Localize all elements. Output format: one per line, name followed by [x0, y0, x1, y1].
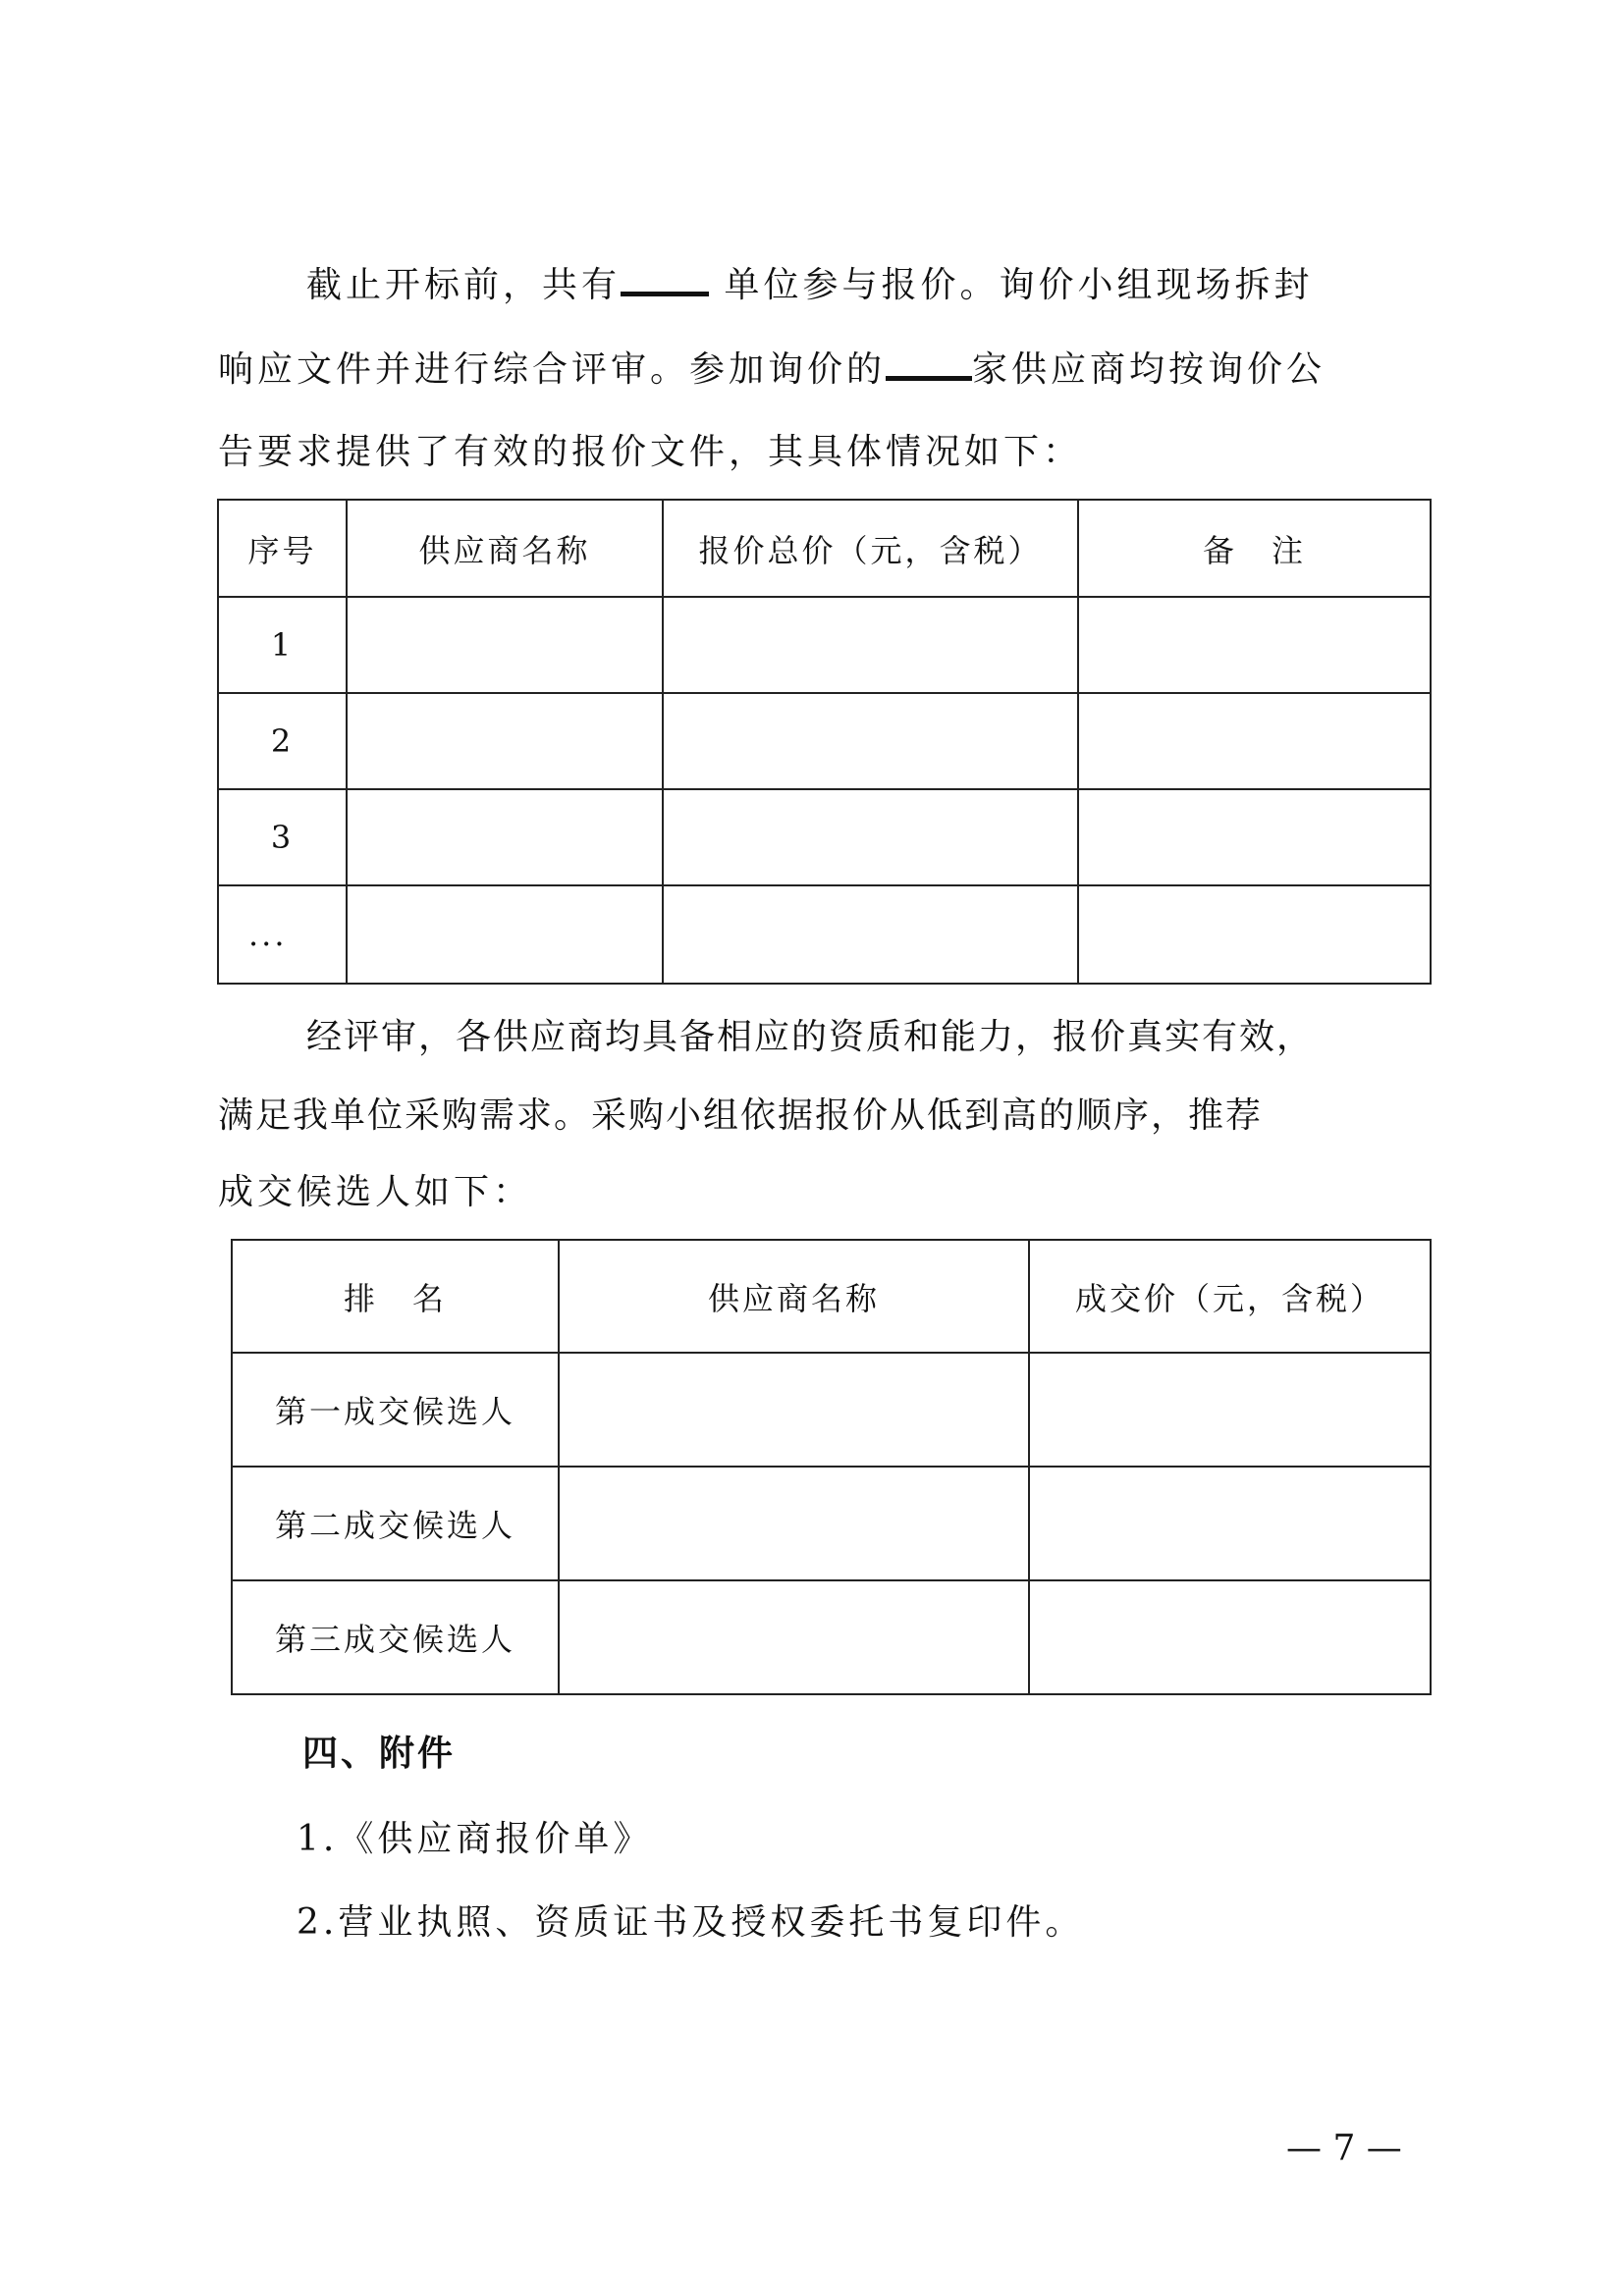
table-row: 2 — [218, 693, 1431, 789]
blank-field-units[interactable] — [621, 286, 709, 296]
cell-rank: 第二成交候选人 — [232, 1467, 559, 1580]
header-index: 序号 — [218, 500, 347, 597]
table-row: 第一成交候选人 — [232, 1353, 1431, 1467]
cell-supplier[interactable] — [347, 789, 663, 885]
cell-index: 3 — [218, 789, 347, 885]
cell-supplier[interactable] — [559, 1467, 1029, 1580]
table-row: 1 — [218, 597, 1431, 693]
cell-rank: 第一成交候选人 — [232, 1353, 559, 1467]
cell-remark[interactable] — [1078, 789, 1431, 885]
paragraph2-line2: 满足我单位采购需求。采购小组依据报价从低到高的顺序，推荐 — [218, 1088, 1263, 1138]
cell-supplier[interactable] — [559, 1580, 1029, 1694]
header-rank: 排 名 — [232, 1240, 559, 1353]
cell-remark[interactable] — [1078, 597, 1431, 693]
header-remark: 备 注 — [1078, 500, 1431, 597]
table-row: 第二成交候选人 — [232, 1467, 1431, 1580]
candidates-table-header: 排 名 供应商名称 成交价（元，含税） — [232, 1240, 1431, 1353]
text: 单位参与报价。询价小组现场拆封 — [709, 265, 1313, 305]
attachment-item-1: 1.《供应商报价单》 — [297, 1811, 652, 1861]
table-row: ... — [218, 885, 1431, 984]
cell-rank: 第三成交候选人 — [232, 1580, 559, 1694]
header-price: 成交价（元，含税） — [1029, 1240, 1431, 1353]
paragraph1-line3: 告要求提供了有效的报价文件，其具体情况如下： — [218, 424, 1082, 474]
candidates-table: 排 名 供应商名称 成交价（元，含税） 第一成交候选人 第二成交候选人 第三成交… — [231, 1239, 1432, 1695]
attachments-heading: 四、附件 — [302, 1726, 456, 1776]
header-price: 报价总价（元，含税） — [663, 500, 1078, 597]
header-supplier: 供应商名称 — [559, 1240, 1029, 1353]
cell-remark[interactable] — [1078, 693, 1431, 789]
cell-price[interactable] — [663, 597, 1078, 693]
text: 家供应商均按询价公 — [972, 349, 1326, 390]
cell-price[interactable] — [663, 885, 1078, 984]
cell-index: 1 — [218, 597, 347, 693]
attachment-item-2: 2.营业执照、资质证书及授权委托书复印件。 — [297, 1895, 1084, 1945]
quotes-table: 序号 供应商名称 报价总价（元，含税） 备 注 1 2 3 ... — [217, 499, 1432, 985]
cell-index: 2 — [218, 693, 347, 789]
text: 截止开标前，共有 — [306, 265, 621, 305]
paragraph2-line1: 经评审，各供应商均具备相应的资质和能力，报价真实有效， — [306, 1009, 1314, 1059]
quotes-table-header: 序号 供应商名称 报价总价（元，含税） 备 注 — [218, 500, 1431, 597]
table-row: 3 — [218, 789, 1431, 885]
page-number: — 7 — — [1286, 2128, 1402, 2168]
paragraph1-line1: 截止开标前，共有 单位参与报价。询价小组现场拆封 — [306, 257, 1313, 307]
header-supplier: 供应商名称 — [347, 500, 663, 597]
cell-price[interactable] — [663, 789, 1078, 885]
paragraph2-line3: 成交候选人如下： — [218, 1164, 532, 1214]
cell-supplier[interactable] — [559, 1353, 1029, 1467]
blank-field-suppliers[interactable] — [886, 370, 972, 381]
cell-price[interactable] — [1029, 1467, 1431, 1580]
text: 响应文件并进行综合评审。参加询价的 — [218, 349, 886, 390]
cell-supplier[interactable] — [347, 597, 663, 693]
cell-price[interactable] — [1029, 1353, 1431, 1467]
table-row: 第三成交候选人 — [232, 1580, 1431, 1694]
cell-remark[interactable] — [1078, 885, 1431, 984]
cell-supplier[interactable] — [347, 693, 663, 789]
cell-price[interactable] — [663, 693, 1078, 789]
paragraph1-line2: 响应文件并进行综合评审。参加询价的家供应商均按询价公 — [218, 342, 1326, 392]
cell-index: ... — [218, 885, 347, 984]
cell-price[interactable] — [1029, 1580, 1431, 1694]
cell-supplier[interactable] — [347, 885, 663, 984]
